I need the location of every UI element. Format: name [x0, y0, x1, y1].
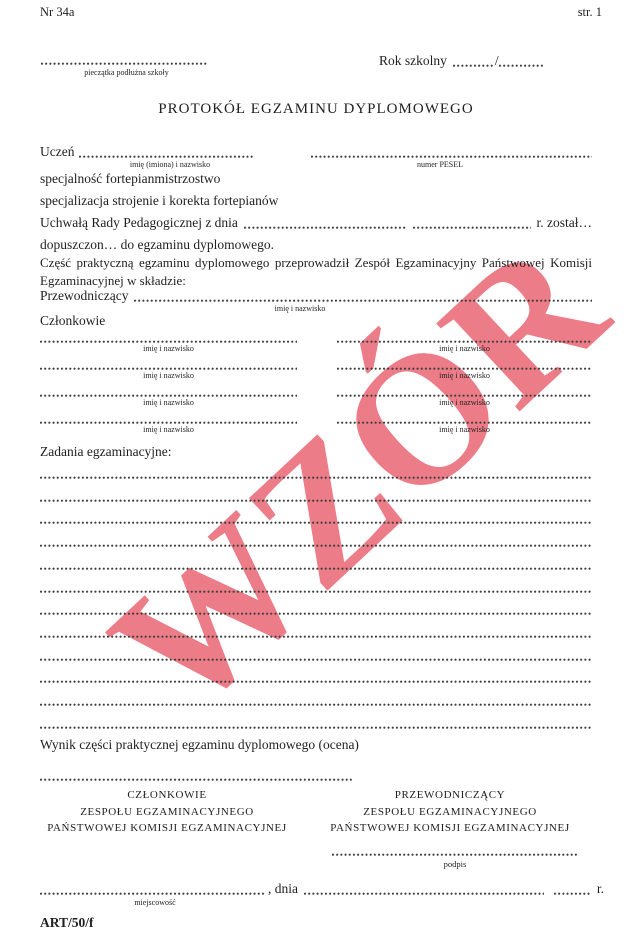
result-fill-line	[40, 778, 352, 781]
task-fill-line	[40, 590, 592, 593]
task-fill-line	[40, 612, 592, 615]
school-year-fill-start	[453, 64, 495, 67]
task-fill-line	[40, 726, 592, 729]
committee-intro-line1: Część praktyczną egzaminu dyplomowego pr…	[40, 255, 592, 271]
chairman-heading-line: ZESPOŁU EGZAMINACYJNEGO	[310, 804, 590, 821]
specialization-line: specjalizacja strojenie i korekta fortep…	[40, 193, 278, 209]
committee-intro-line2: Egzaminacyjnej w składzie:	[40, 273, 186, 289]
member-name-fill	[337, 340, 592, 343]
member-row: imię i nazwisko imię i nazwisko	[40, 394, 592, 418]
date-suffix: r.	[590, 881, 604, 897]
school-year-fill-end	[499, 64, 543, 67]
members-heading-line: PAŃSTWOWEJ KOMISJI EGZAMINACYJNEJ	[27, 820, 307, 837]
task-fill-line	[40, 521, 592, 524]
chairman-line: Przewodniczący	[40, 288, 592, 304]
member-name-caption: imię i nazwisko	[337, 371, 592, 380]
task-fill-line	[40, 476, 592, 479]
member-row: imię i nazwisko imię i nazwisko	[40, 340, 592, 364]
student-name-fill	[79, 155, 254, 158]
admission-line: dopuszczon… do egzaminu dyplomowego.	[40, 237, 274, 253]
stamp-fill-line	[41, 62, 208, 65]
chairman-heading-line: PAŃSTWOWEJ KOMISJI EGZAMINACYJNEJ	[310, 820, 590, 837]
resolution-suffix: r. został…	[537, 215, 593, 231]
members-heading-line: ZESPOŁU EGZAMINACYJNEGO	[27, 804, 307, 821]
task-fill-line	[40, 635, 592, 638]
exam-tasks-label: Zadania egzaminacyjne:	[40, 444, 172, 460]
result-label: Wynik części praktycznej egzaminu dyplom…	[40, 737, 359, 753]
year-fill	[554, 892, 590, 895]
signature-fill-line	[332, 853, 578, 856]
task-fill-line	[40, 544, 592, 547]
task-fill-line	[40, 680, 592, 683]
members-signature-heading: CZŁONKOWIE ZESPOŁU EGZAMINACYJNEGO PAŃST…	[27, 787, 307, 837]
place-caption: miejscowość	[55, 898, 255, 907]
student-name-caption: imię (imiona) i nazwisko	[90, 160, 250, 169]
members-heading-line: CZŁONKOWIE	[27, 787, 307, 804]
student-label: Uczeń	[40, 144, 74, 160]
resolution-date-fill	[244, 226, 406, 229]
task-fill-line	[40, 499, 592, 502]
date-fill	[304, 892, 544, 895]
stamp-caption: pieczątka podłużna szkoły	[44, 68, 209, 77]
member-name-caption: imię i nazwisko	[40, 398, 297, 407]
chairman-label: Przewodniczący	[40, 288, 128, 304]
members-label: Członkowie	[40, 313, 105, 329]
diploma-exam-protocol-form: WZÓR Nr 34a str. 1 pieczątka podłużna sz…	[0, 0, 632, 944]
member-name-caption: imię i nazwisko	[40, 425, 297, 434]
place-date-line: , dnia r.	[40, 881, 604, 897]
member-row: imię i nazwisko imię i nazwisko	[40, 367, 592, 391]
chairman-name-fill	[134, 299, 592, 302]
school-year-label: Rok szkolny	[379, 53, 447, 69]
member-name-fill	[40, 340, 297, 343]
resolution-date-fill2	[413, 226, 531, 229]
member-name-caption: imię i nazwisko	[40, 344, 297, 353]
document-title: PROTOKÓŁ EGZAMINU DYPLOMOWEGO	[0, 101, 632, 118]
member-name-fill	[40, 394, 297, 397]
task-fill-line	[40, 658, 592, 661]
member-name-caption: imię i nazwisko	[337, 425, 592, 434]
member-name-fill	[337, 421, 592, 424]
place-fill	[40, 892, 266, 895]
task-fill-line	[40, 567, 592, 570]
member-name-fill	[40, 367, 297, 370]
resolution-line: Uchwałą Rady Pedagogicznej z dnia r. zos…	[40, 215, 592, 231]
school-year-line: Rok szkolny /	[379, 53, 551, 69]
member-name-caption: imię i nazwisko	[337, 344, 592, 353]
chairman-heading-line: PRZEWODNICZĄCY	[310, 787, 590, 804]
member-name-fill	[337, 394, 592, 397]
signature-caption: podpis	[352, 859, 558, 869]
page-number: str. 1	[578, 5, 602, 20]
member-row: imię i nazwisko imię i nazwisko	[40, 421, 592, 445]
member-name-caption: imię i nazwisko	[337, 398, 592, 407]
student-line: Uczeń	[40, 144, 592, 160]
student-pesel-caption: numer PESEL	[350, 160, 530, 169]
student-pesel-fill	[311, 155, 592, 158]
chairman-name-caption: imię i nazwisko	[200, 304, 400, 313]
resolution-prefix: Uchwałą Rady Pedagogicznej z dnia	[40, 215, 238, 231]
member-name-fill	[337, 367, 592, 370]
member-name-caption: imię i nazwisko	[40, 371, 297, 380]
task-fill-line	[40, 703, 592, 706]
member-name-fill	[40, 421, 297, 424]
form-code: ART/50/f	[40, 915, 94, 931]
specialty-line: specjalność fortepianmistrzostwo	[40, 171, 220, 187]
chairman-signature-heading: PRZEWODNICZĄCY ZESPOŁU EGZAMINACYJNEGO P…	[310, 787, 590, 837]
date-label: , dnia	[266, 881, 304, 897]
form-number: Nr 34a	[40, 5, 74, 20]
